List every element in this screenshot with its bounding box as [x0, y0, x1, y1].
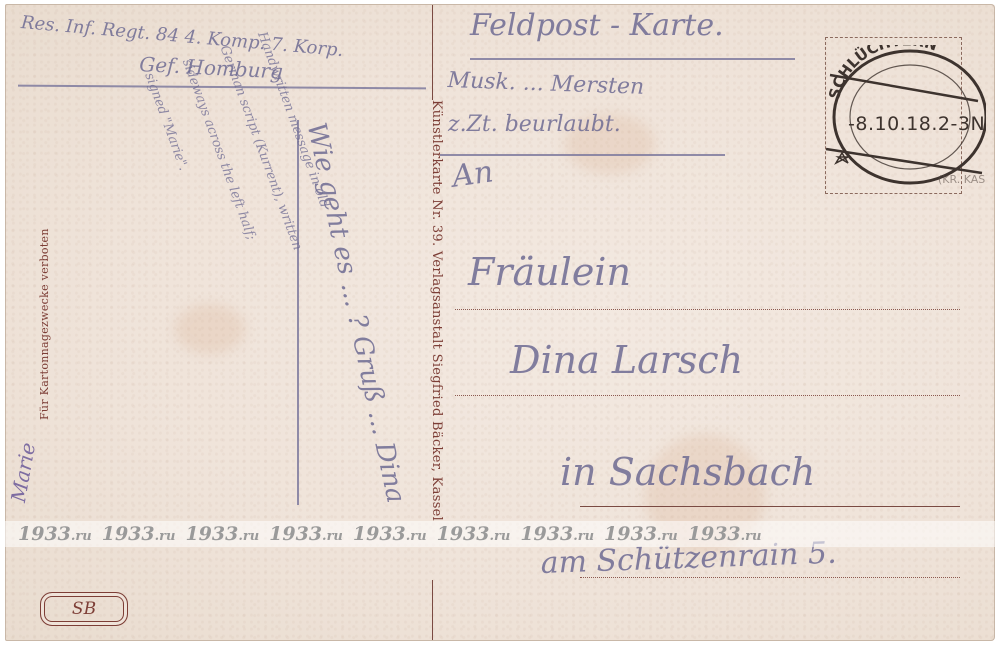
header-line-3: z.Zt. beurlaubt.	[448, 112, 621, 137]
feldpost-underline	[470, 58, 795, 60]
watermark-item: 1933.ru	[353, 523, 427, 545]
monogram-text: SB	[72, 599, 96, 619]
address-prefix: An	[450, 154, 495, 194]
paper-stain	[175, 304, 245, 354]
watermark-item: 1933.ru	[688, 523, 762, 545]
watermark-item: 1933.ru	[269, 523, 343, 545]
address-city: in Sachsbach	[560, 450, 815, 494]
svg-text:(KR. KASSEL): (KR. KASSEL)	[938, 173, 986, 185]
svg-text:SCHLÜCHTERN: SCHLÜCHTERN	[825, 45, 940, 101]
feldpost-title: Feldpost - Karte.	[470, 8, 724, 43]
publisher-imprint: Künstlerkarte Nr. 39. Verlagsanstalt Sie…	[429, 100, 444, 521]
address-recipient-name: Dina Larsch	[510, 338, 743, 382]
address-line-1	[455, 309, 960, 310]
svg-text:-8.10.18.2-3N: -8.10.18.2-3N	[848, 113, 985, 135]
watermark-item: 1933.ru	[185, 523, 259, 545]
address-salutation: Fräulein	[468, 250, 631, 294]
watermark-item: 1933.ru	[604, 523, 678, 545]
watermark-item: 1933.ru	[18, 523, 92, 545]
address-line-3	[580, 506, 960, 507]
watermark-item: 1933.ru	[102, 523, 176, 545]
watermark-band: 1933.ru 1933.ru 1933.ru 1933.ru 1933.ru …	[0, 521, 1000, 547]
address-line-2	[455, 395, 960, 396]
watermark-item: 1933.ru	[437, 523, 511, 545]
center-divider-bottom	[432, 580, 433, 640]
address-line-4	[580, 577, 960, 578]
prohibition-imprint: Für Kartonnagezwecke verboten	[38, 228, 51, 420]
postmark-cancel-icon: SCHLÜCHTERN -8.10.18.2-3N (KR. KASSEL)	[818, 45, 986, 185]
center-divider-top	[432, 5, 433, 100]
watermark-item: 1933.ru	[520, 523, 594, 545]
publisher-monogram-logo: SB	[40, 592, 128, 626]
